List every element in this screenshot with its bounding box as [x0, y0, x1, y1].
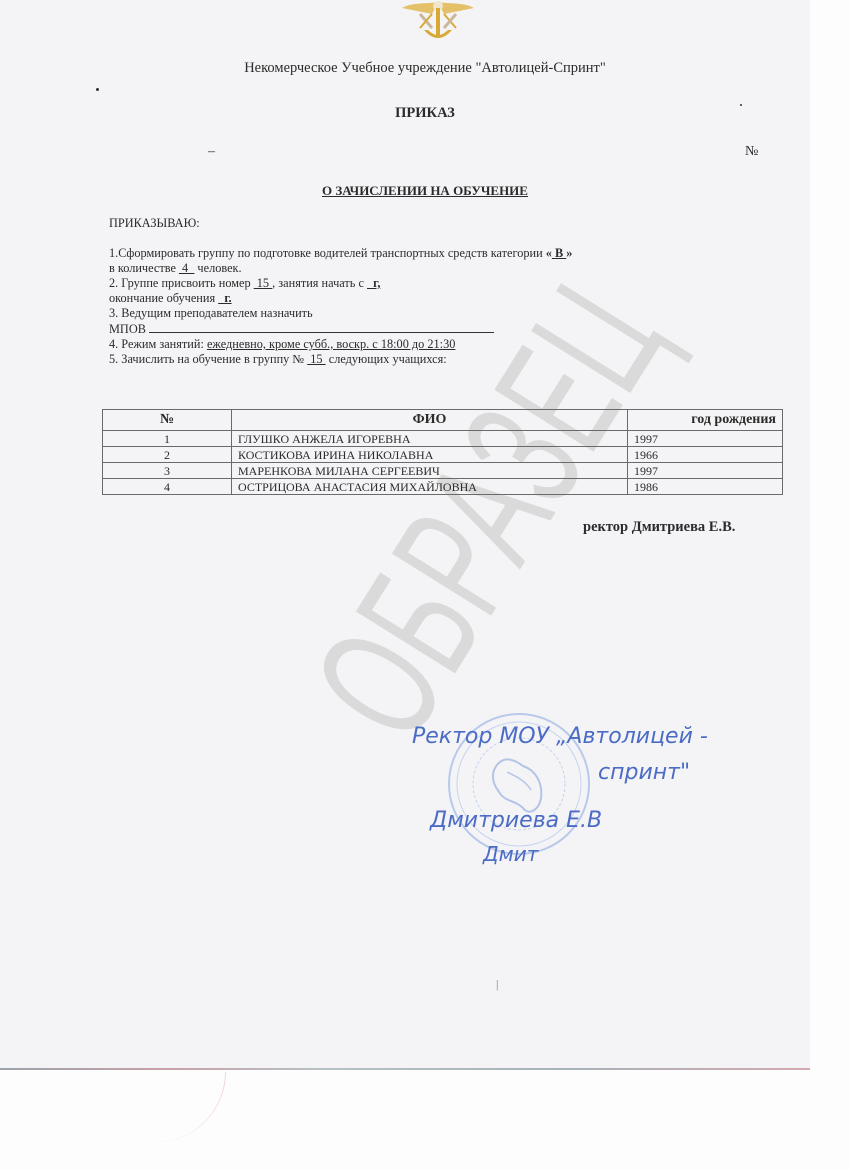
winged-anchor-emblem-icon	[398, 0, 478, 44]
page-mark: |	[496, 977, 498, 992]
handwritten-name: Дмитриева Е.В	[430, 808, 602, 833]
student-birth-year: 1966	[628, 447, 783, 463]
quote-close: »	[566, 246, 572, 260]
start-date: г,	[367, 276, 380, 290]
column-header-birth-year: год рождения	[628, 410, 783, 431]
student-birth-year: 1986	[628, 479, 783, 495]
date-placeholder: –	[208, 144, 215, 160]
paper-crease	[130, 1072, 226, 1142]
order-item-2: 2. Группе присвоить номер 15 , занятия н…	[109, 276, 572, 291]
students-table: № ФИО год рождения 1ГЛУШКО АНЖЕЛА ИГОРЕВ…	[102, 409, 783, 495]
count-label: в количестве	[109, 261, 179, 275]
student-count: 4	[179, 261, 194, 275]
table-row: 3МАРЕНКОВА МИЛАНА СЕРГЕЕВИЧ1997	[103, 463, 783, 479]
group-number: 15	[254, 276, 272, 290]
table-header-row: № ФИО год рождения	[103, 410, 783, 431]
table-row: 1ГЛУШКО АНЖЕЛА ИГОРЕВНА1997	[103, 431, 783, 447]
schedule-value: ежедневно, кроме субб., воскр. с 18:00 д…	[207, 337, 455, 351]
order-item-1: 1.Сформировать группу по подготовке води…	[109, 246, 572, 261]
organization-name: Некомерческое Учебное учреждение "Автоли…	[0, 60, 850, 77]
table-row: 2КОСТИКОВА ИРИНА НИКОЛАВНА1966	[103, 447, 783, 463]
schedule-label: 4. Режим занятий:	[109, 337, 207, 351]
column-header-name: ФИО	[232, 410, 628, 431]
student-number: 2	[103, 447, 232, 463]
handwritten-signature: Дмит	[483, 842, 538, 866]
table-row: 4ОСТРИЦОВА АНАСТАСИЯ МИХАЙЛОВНА1986	[103, 479, 783, 495]
mpov-label: МПОВ	[109, 322, 149, 336]
student-name: МАРЕНКОВА МИЛАНА СЕРГЕЕВИЧ	[232, 463, 628, 479]
order-item-4: 4. Режим занятий: ежедневно, кроме субб.…	[109, 337, 572, 352]
item5-suffix: следующих учащихся:	[326, 352, 447, 366]
order-number-sign: №	[745, 144, 758, 160]
rector-signature-printed: ректор Дмитриева Е.В.	[583, 519, 735, 536]
student-birth-year: 1997	[628, 463, 783, 479]
handwritten-rector-line: Ректор МОУ „Автолицей -	[412, 724, 708, 749]
order-subject: О ЗАЧИСЛЕНИИ НА ОБУЧЕНИЕ	[0, 183, 850, 199]
count-suffix: человек.	[194, 261, 241, 275]
student-number: 4	[103, 479, 232, 495]
order-item-5: 5. Зачислить на обучение в группу № 15 с…	[109, 352, 572, 367]
item1-text: 1.Сформировать группу по подготовке води…	[109, 246, 546, 260]
column-header-number: №	[103, 410, 232, 431]
order-item-2-end: окончание обучения г.	[109, 291, 572, 306]
order-body: ПРИКАЗЫВАЮ: 1.Сформировать группу по под…	[109, 216, 572, 367]
scan-edge-line	[0, 1068, 810, 1070]
order-item-3: 3. Ведущим преподавателем назначить	[109, 306, 572, 321]
order-item-3-mpov: МПОВ	[109, 321, 572, 337]
item2-mid: , занятия начать с	[272, 276, 367, 290]
student-number: 1	[103, 431, 232, 447]
end-date: г.	[218, 291, 231, 305]
document-title: ПРИКАЗ	[0, 105, 850, 122]
category-value: В	[552, 246, 566, 260]
scan-speck	[96, 88, 99, 91]
enroll-group-number: 15	[307, 352, 325, 366]
order-intro: ПРИКАЗЫВАЮ:	[109, 216, 572, 231]
student-number: 3	[103, 463, 232, 479]
student-name: ГЛУШКО АНЖЕЛА ИГОРЕВНА	[232, 431, 628, 447]
handwritten-org-line: спринт"	[598, 760, 690, 785]
instructor-blank-line	[149, 321, 494, 333]
end-label: окончание обучения	[109, 291, 218, 305]
order-item-1-count: в количестве 4 человек.	[109, 261, 572, 276]
item5-text: 5. Зачислить на обучение в группу №	[109, 352, 307, 366]
student-name: КОСТИКОВА ИРИНА НИКОЛАВНА	[232, 447, 628, 463]
item2-text: 2. Группе присвоить номер	[109, 276, 254, 290]
student-name: ОСТРИЦОВА АНАСТАСИЯ МИХАЙЛОВНА	[232, 479, 628, 495]
student-birth-year: 1997	[628, 431, 783, 447]
